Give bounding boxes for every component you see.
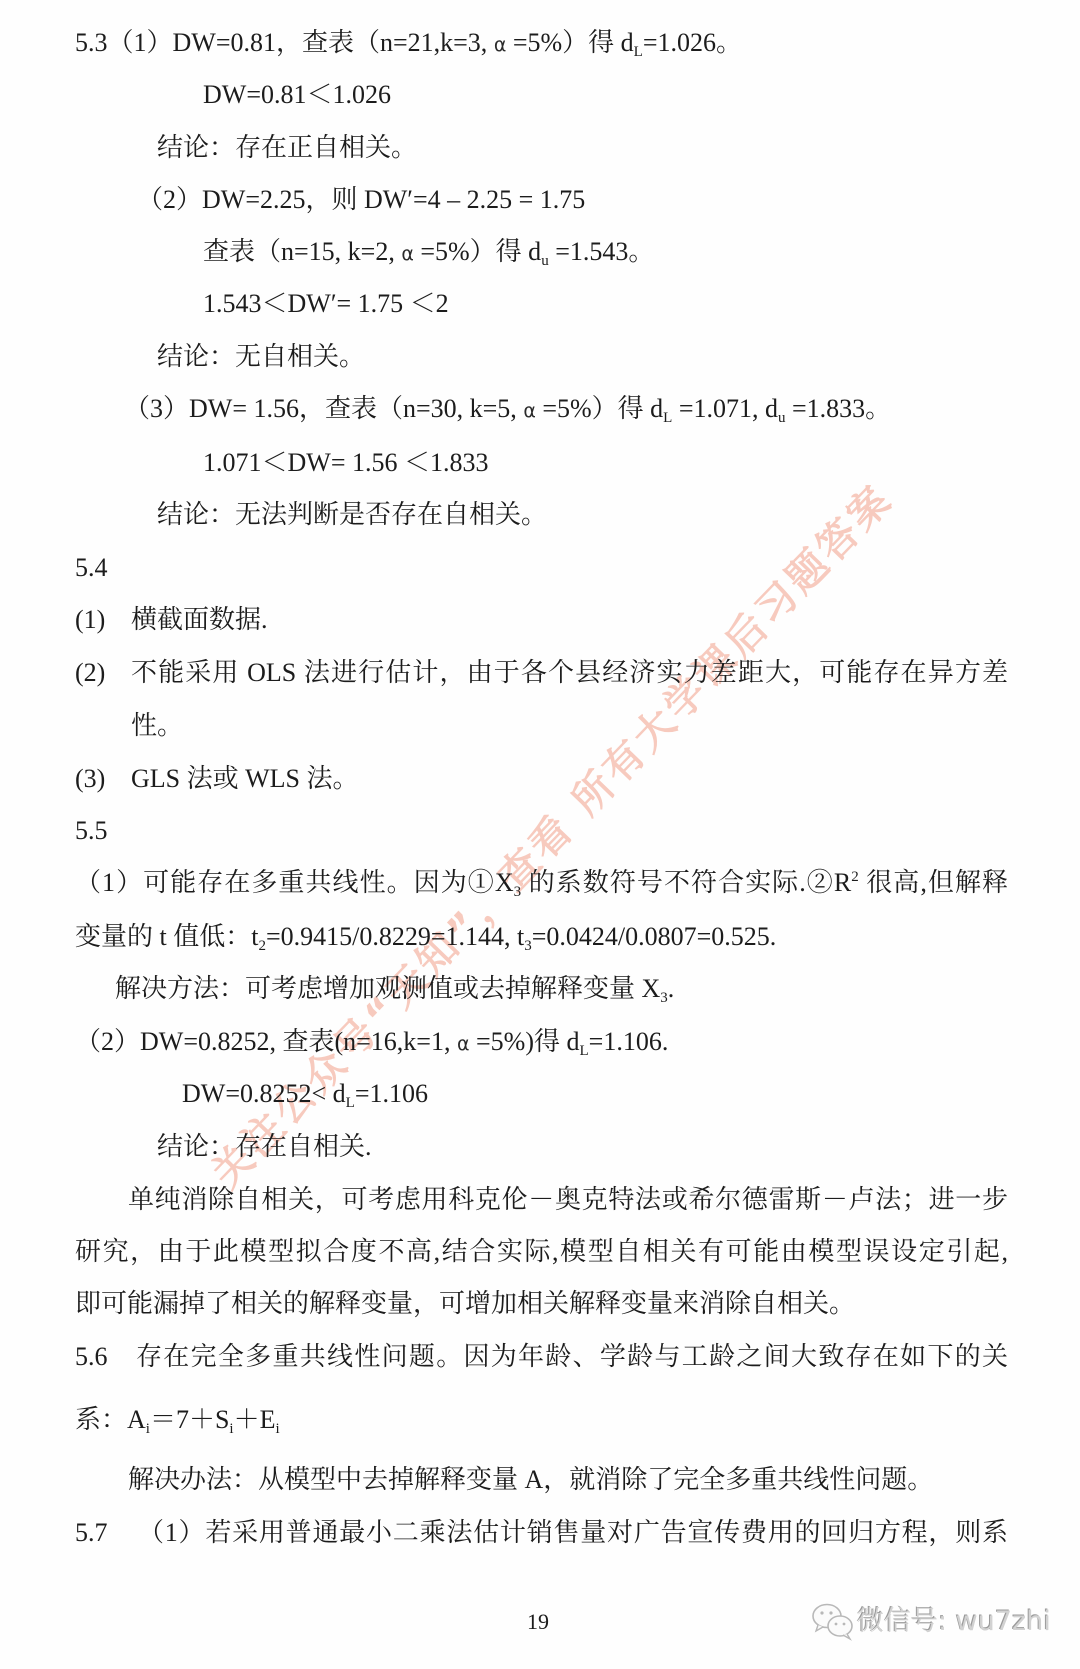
subscript: u xyxy=(541,253,549,269)
alpha-symbol: α xyxy=(401,243,414,265)
text-segment: 的系数符号不符合实际.②R xyxy=(521,868,851,897)
q5-5-part1-solution: 解决方法：可考虑增加观测值或去掉解释变量 X3. xyxy=(115,972,674,1006)
q5-3-part1-check: DW=0.81＜1.026 xyxy=(203,78,391,112)
text-segment: =1.071, d xyxy=(672,394,778,423)
q5-6-formula: 系：Ai＝7＋Si＋Ei xyxy=(75,1403,280,1437)
q5-3-part3-line: （3）DW= 1.56，查表（n=30, k=5, α =5%）得 dL =1.… xyxy=(124,392,891,426)
q5-3-part2-lookup: 查表（n=15, k=2, α =5%）得 du =1.543。 xyxy=(203,235,654,269)
text-segment: =5%）得 d xyxy=(506,28,633,57)
q5-3-part3-check: 1.071＜DW= 1.56 ＜1.833 xyxy=(203,446,488,480)
q5-6-text: 存在完全多重共线性问题。因为年龄、学龄与工龄之间大致存在如下的关 xyxy=(136,1340,1008,1374)
text-segment: 很高,但解释 xyxy=(859,868,1008,897)
list-marker: (2) xyxy=(75,656,105,690)
q5-5-part1-line2: 变量的 t 值低：t2=0.9415/0.8229=1.144, t3=0.04… xyxy=(75,920,776,954)
text-segment: （1）可能存在多重共线性。因为①X xyxy=(75,868,514,897)
q5-7-number: 5.7 xyxy=(75,1516,108,1550)
text-segment: . xyxy=(668,974,675,1003)
q5-3-part2-check: 1.543＜DW′= 1.75 ＜2 xyxy=(203,287,449,321)
paragraph-line: 研究，由于此模型拟合度不高,结合实际,模型自相关有可能由模型误设定引起, xyxy=(75,1235,1008,1269)
text-segment: ＋E xyxy=(234,1405,276,1434)
subscript: 3 xyxy=(524,938,532,954)
subscript: L xyxy=(579,1043,588,1059)
q5-3-part1-conclusion: 结论：存在正自相关。 xyxy=(157,131,417,165)
q5-5-part2-check: DW=0.8252< dL=1.106 xyxy=(182,1077,428,1111)
text-segment: 解决方法：可考虑增加观测值或去掉解释变量 X xyxy=(115,974,660,1003)
subscript: 2 xyxy=(258,938,266,954)
text-segment: 变量的 t 值低：t xyxy=(75,922,258,951)
q5-4-number: 5.4 xyxy=(75,551,108,585)
text-segment: （2）DW=0.8252, 查表(n=16,k=1, xyxy=(75,1027,457,1056)
wechat-id-watermark: 微信号: wu7zhi xyxy=(857,1604,1051,1640)
wechat-icon xyxy=(810,1601,856,1641)
q5-5-part2-line: （2）DW=0.8252, 查表(n=16,k=1, α =5%)得 dL=1.… xyxy=(75,1025,668,1059)
q5-5-part2-conclusion: 结论：存在自相关. xyxy=(157,1130,372,1164)
text-segment: DW=0.8252< d xyxy=(182,1079,346,1108)
list-item-continuation: 性。 xyxy=(131,709,183,743)
list-item-text: 横截面数据. xyxy=(131,603,268,637)
list-item-text: GLS 法或 WLS 法。 xyxy=(131,762,359,796)
subscript: 3 xyxy=(660,990,668,1006)
text-segment: （1）DW=0.81，查表（n=21,k=3, xyxy=(108,28,494,57)
q5-3-part2-conclusion: 结论：无自相关。 xyxy=(157,340,365,374)
q5-6-solution: 解决办法：从模型中去掉解释变量 A，就消除了完全多重共线性问题。 xyxy=(128,1463,933,1497)
alpha-symbol: α xyxy=(523,400,536,422)
list-marker: (1) xyxy=(75,603,105,637)
q5-5-part1-line1: （1）可能存在多重共线性。因为①X3 的系数符号不符合实际.②R2 很高,但解释 xyxy=(75,866,1008,900)
subscript: L xyxy=(346,1095,355,1111)
list-item-text: 不能采用 OLS 法进行估计，由于各个县经济实力差距大，可能存在异方差 xyxy=(131,656,1008,690)
text-segment: ＝7＋S xyxy=(150,1405,229,1434)
text-segment: （3）DW= 1.56，查表（n=30, k=5, xyxy=(124,394,523,423)
list-marker: (3) xyxy=(75,762,105,796)
q5-3-part3-conclusion: 结论：无法判断是否存在自相关。 xyxy=(157,498,547,532)
paragraph-line: 单纯消除自相关，可考虑用科克伦－奥克特法或希尔德雷斯－卢法；进一步 xyxy=(128,1183,1008,1217)
subscript: L xyxy=(634,44,643,60)
text-segment: =5%)得 d xyxy=(470,1027,580,1056)
text-segment: 查表（n=15, k=2, xyxy=(203,237,401,266)
text-segment: 系：A xyxy=(75,1405,146,1434)
subscript: i xyxy=(275,1421,279,1437)
text-segment: =1.026。 xyxy=(643,28,742,57)
text-segment: =5%）得 d xyxy=(414,237,541,266)
question-number: 5.3 xyxy=(75,28,108,57)
q5-5-number: 5.5 xyxy=(75,814,108,848)
document-page: 关注公众号“天知”，查看 所有大学课后习题答案 5.3（1）DW=0.81，查表… xyxy=(0,0,1080,1669)
text-segment: =0.0424/0.0807=0.525. xyxy=(532,922,777,951)
text-segment: =5%）得 d xyxy=(536,394,663,423)
q5-6-number: 5.6 xyxy=(75,1340,108,1374)
superscript: 2 xyxy=(851,869,859,885)
subscript: u xyxy=(778,410,786,426)
text-segment: =1.106. xyxy=(589,1027,669,1056)
text-segment: =1.543。 xyxy=(549,237,655,266)
text-segment: =1.833。 xyxy=(786,394,892,423)
subscript: L xyxy=(663,410,672,426)
paragraph-line: 即可能漏掉了相关的解释变量，可增加相关解释变量来消除自相关。 xyxy=(75,1287,855,1321)
text-segment: =0.9415/0.8229=1.144, t xyxy=(266,922,524,951)
alpha-symbol: α xyxy=(494,34,507,56)
alpha-symbol: α xyxy=(457,1033,470,1055)
q5-7-text: （1）若采用普通最小二乘法估计销售量对广告宣传费用的回归方程，则系 xyxy=(138,1516,1008,1550)
page-number: 19 xyxy=(527,1605,549,1639)
q5-3-part2-line: （2）DW=2.25，则 DW′=4 – 2.25 = 1.75 xyxy=(137,183,585,217)
text-segment: =1.106 xyxy=(355,1079,428,1108)
q5-3-part1-line: 5.3（1）DW=0.81，查表（n=21,k=3, α =5%）得 dL=1.… xyxy=(75,26,742,60)
